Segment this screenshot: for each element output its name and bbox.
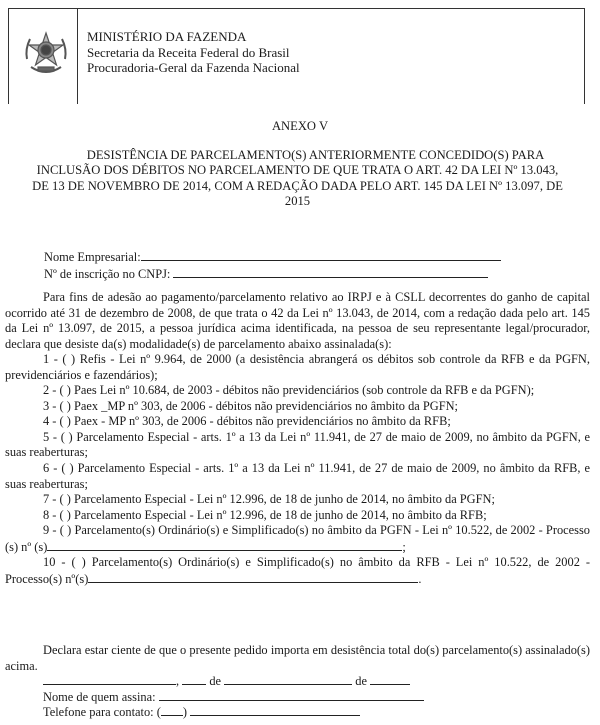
option-item: 7 - ( ) Parcelamento Especial - Lei nº 1…	[5, 492, 590, 508]
signature-block: , de de Nome de quem assina: Telefone pa…	[43, 674, 424, 721]
month-field[interactable]	[224, 674, 352, 685]
document-title: DESISTÊNCIA DE PARCELAMENTO(S) ANTERIORM…	[10, 148, 585, 209]
day-field[interactable]	[182, 674, 206, 685]
option-checkbox[interactable]: ( )	[60, 399, 71, 413]
phone-number-field[interactable]	[190, 705, 360, 716]
option-checkbox[interactable]: ( )	[61, 430, 73, 444]
coat-of-arms-icon	[21, 29, 71, 79]
company-name-field[interactable]	[141, 249, 501, 261]
attorney-office-name: Procuradoria-Geral da Fazenda Nacional	[87, 60, 300, 76]
option-checkbox[interactable]: ( )	[60, 383, 71, 397]
option-item: 8 - ( ) Parcelamento Especial - Lei nº 1…	[5, 508, 590, 524]
secretariat-name: Secretaria da Receita Federal do Brasil	[87, 45, 300, 61]
installment-options-list: 1 - ( ) Refis - Lei nº 9.964, de 2000 (a…	[5, 352, 590, 587]
option-item: 2 - ( ) Paes Lei nº 10.684, de 2003 - dé…	[5, 383, 590, 399]
intro-paragraph: Para fins de adesão ao pagamento/parcela…	[5, 290, 590, 352]
option-item: 3 - ( ) Paex _MP nº 303, de 2006 - débit…	[5, 399, 590, 415]
phone-area-code-field[interactable]	[161, 705, 183, 716]
year-field[interactable]	[370, 674, 410, 685]
company-name-label: Nome Empresarial:	[44, 250, 141, 264]
place-field[interactable]	[43, 674, 176, 685]
ministry-name: MINISTÉRIO DA FAZENDA	[87, 29, 300, 45]
declaration-paragraph: Declara estar ciente de que o presente p…	[5, 643, 590, 674]
option-checkbox[interactable]: ( )	[60, 414, 71, 428]
option-checkbox[interactable]: ( )	[71, 555, 85, 569]
option-checkbox[interactable]: ( )	[60, 508, 71, 522]
signer-name-field[interactable]	[159, 690, 424, 701]
signer-name-label: Nome de quem assina:	[43, 690, 156, 704]
option-item: 6 - ( ) Parcelamento Especial - arts. 1º…	[5, 461, 590, 492]
letterhead: MINISTÉRIO DA FAZENDA Secretaria da Rece…	[8, 8, 585, 104]
option-checkbox[interactable]: ( )	[60, 523, 71, 537]
process-number-field[interactable]	[88, 571, 418, 583]
annex-heading: ANEXO V	[0, 119, 600, 135]
cnpj-field[interactable]	[173, 266, 488, 278]
process-number-field[interactable]	[47, 539, 402, 551]
cnpj-label: Nº de inscrição no CNPJ:	[44, 267, 170, 281]
option-checkbox[interactable]: ( )	[60, 492, 71, 506]
option-item: 5 - ( ) Parcelamento Especial - arts. 1º…	[5, 430, 590, 461]
letterhead-divider	[77, 9, 78, 104]
option-item: 10 - ( ) Parcelamento(s) Ordinário(s) e …	[5, 555, 590, 587]
option-checkbox[interactable]: ( )	[61, 461, 73, 475]
letterhead-text: MINISTÉRIO DA FAZENDA Secretaria da Rece…	[87, 29, 300, 76]
option-item: 4 - ( ) Paex - MP nº 303, de 2006 - débi…	[5, 414, 590, 430]
option-item: 9 - ( ) Parcelamento(s) Ordinário(s) e S…	[5, 523, 590, 555]
option-item: 1 - ( ) Refis - Lei nº 9.964, de 2000 (a…	[5, 352, 590, 383]
phone-label: Telefone para contato:	[43, 705, 154, 719]
company-fields: Nome Empresarial: Nº de inscrição no CNP…	[44, 249, 501, 282]
option-checkbox[interactable]: ( )	[62, 352, 75, 366]
form-body: Para fins de adesão ao pagamento/parcela…	[5, 290, 590, 587]
